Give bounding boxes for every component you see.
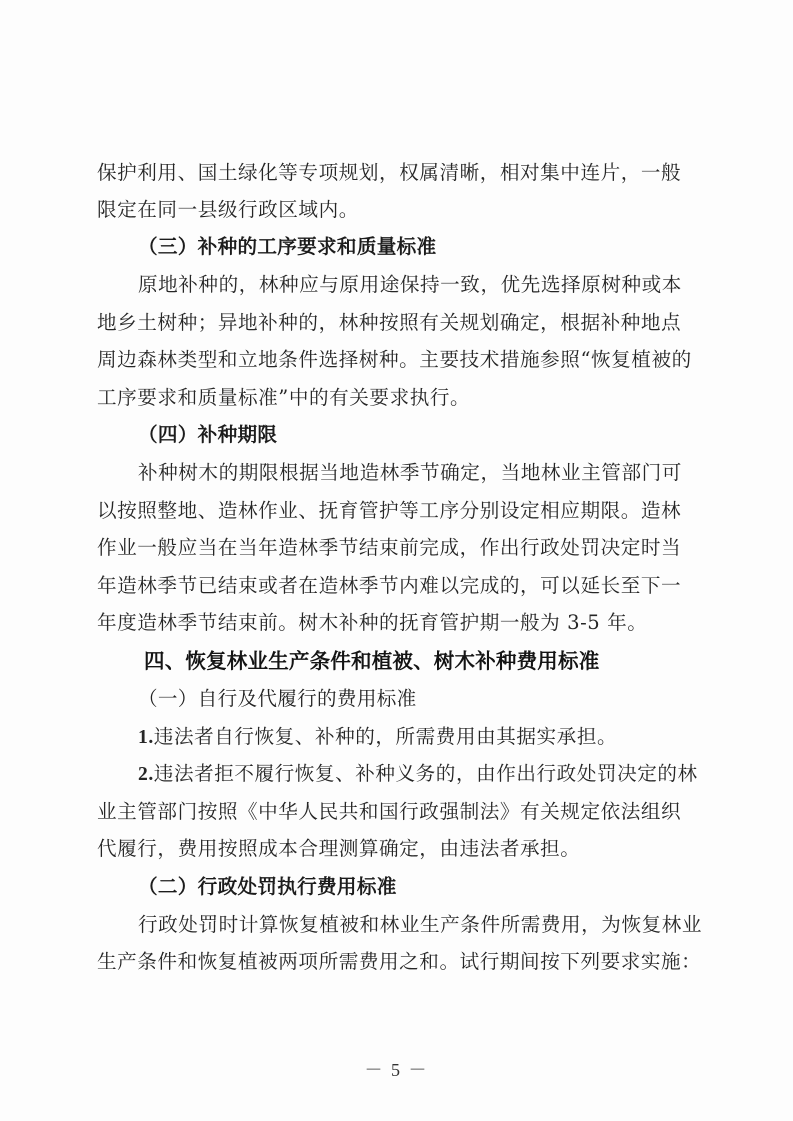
paragraph-line: 业主管部门按照《中华人民共和国行政强制法》有关规定依法组织 (97, 801, 687, 823)
paragraph-line: 限定在同一县级行政区域内。 (97, 199, 687, 221)
paragraph-line: 生产条件和恢复植被两项所需费用之和。试行期间按下列要求实施： (97, 951, 687, 973)
chapter-heading-four: 四、恢复林业生产条件和植被、树木补种费用标准 (144, 650, 734, 672)
paragraph-line: 以按照整地、造林作业、抚育管护等工序分别设定相应期限。造林 (97, 500, 687, 522)
list-item-text: 违法者拒不履行恢复、补种义务的，由作出行政处罚决定的林 (154, 762, 698, 785)
section-heading-3: （三）补种的工序要求和质量标准 (138, 236, 728, 258)
paragraph-line: 原地补种的，林种应与原用途保持一致，优先选择原树种或本 (138, 274, 687, 296)
paragraph-line: 作业一般应当在当年造林季节结束前完成，作出行政处罚决定时当 (97, 537, 687, 559)
section-heading-2: （二）行政处罚执行费用标准 (138, 876, 728, 898)
paragraph-line: 周边森林类型和立地条件选择树种。主要技术措施参照“恢复植被的 (97, 349, 687, 371)
paragraph-line: 年造林季节已结束或者在造林季节内难以完成的，可以延长至下一 (97, 575, 687, 597)
paragraph-line: 地乡土树种；异地补种的，林种按照有关规划确定，根据补种地点 (97, 312, 687, 334)
list-item-number: 2. (138, 764, 154, 785)
paragraph-line: 代履行，费用按照成本合理测算确定，由违法者承担。 (97, 838, 687, 860)
section-heading-4: （四）补种期限 (138, 424, 728, 446)
list-item-text: 违法者自行恢复、补种的，所需费用由其据实承担。 (154, 725, 617, 748)
section-heading-1: （一）自行及代履行的费用标准 (138, 688, 728, 710)
paragraph-line: 补种树木的期限根据当地造林季节确定，当地林业主管部门可 (138, 462, 687, 484)
list-item-2: 2.违法者拒不履行恢复、补种义务的，由作出行政处罚决定的林 (138, 763, 687, 786)
paragraph-line: 工序要求和质量标准”中的有关要求执行。 (97, 387, 687, 409)
list-item-number: 1. (138, 727, 154, 748)
page-number: － 5 － (0, 1056, 793, 1082)
paragraph-line: 年度造林季节结束前。树木补种的抚育管护期一般为 3-5 年。 (97, 612, 687, 634)
paragraph-line: 行政处罚时计算恢复植被和林业生产条件所需费用，为恢复林业 (138, 914, 687, 936)
document-page: 保护利用、国土绿化等专项规划，权属清晰，相对集中连片，一般 限定在同一县级行政区… (0, 0, 793, 1121)
list-item-1: 1.违法者自行恢复、补种的，所需费用由其据实承担。 (138, 726, 687, 749)
paragraph-line: 保护利用、国土绿化等专项规划，权属清晰，相对集中连片，一般 (97, 162, 687, 184)
